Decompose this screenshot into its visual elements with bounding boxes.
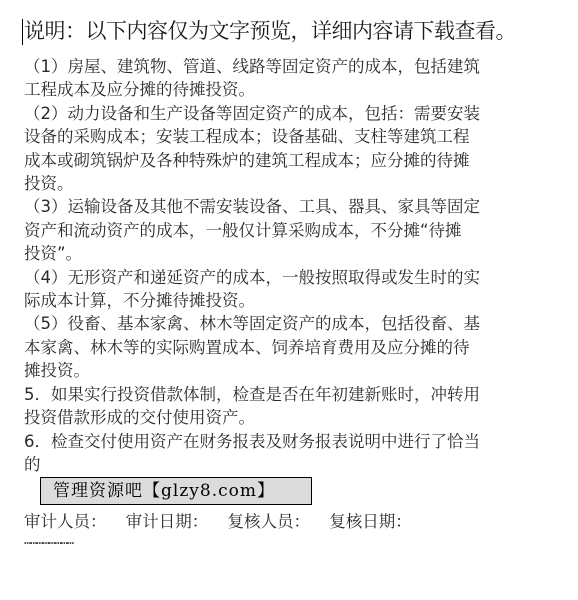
text-line: 摊投资。	[24, 359, 554, 382]
text-line: 5．如果实行投资借款体制，检查是否在年初建新账时，冲转用	[24, 383, 554, 406]
document-body: （1）房屋、建筑物、管道、线路等固定资产的成本，包括建筑 工程成本及应分摊的待摊…	[24, 55, 554, 476]
text-line: 的	[24, 453, 554, 476]
text-line: 资产和流动资产的成本，一般仅计算采购成本，不分摊“待摊	[24, 219, 554, 242]
preview-notice: 说明：以下内容仅为文字预览，详细内容请下载查看。	[24, 16, 516, 46]
watermark-banner: 管理资源吧【glzy8.com】	[40, 477, 312, 505]
text-line: （3）运输设备及其他不需安装设备、工具、器具、家具等固定	[24, 195, 554, 218]
text-line: （4）无形资产和递延资产的成本，一般按照取得或发生时的实	[24, 266, 554, 289]
paragraph-1: （1）房屋、建筑物、管道、线路等固定资产的成本，包括建筑 工程成本及应分摊的待摊…	[24, 55, 554, 102]
text-line: 设备的采购成本；安装工程成本；设备基础、支柱等建筑工程	[24, 125, 554, 148]
text-line: （2）动力设备和生产设备等固定资产的成本，包括：需要安装	[24, 102, 554, 125]
text-cursor	[22, 19, 23, 45]
text-line: （1）房屋、建筑物、管道、线路等固定资产的成本，包括建筑	[24, 55, 554, 78]
text-line: （5）役畜、基本家禽、林木等固定资产的成本，包括役畜、基	[24, 312, 554, 335]
text-line: 投资。	[24, 172, 554, 195]
paragraph-3: （3）运输设备及其他不需安装设备、工具、器具、家具等固定 资产和流动资产的成本，…	[24, 195, 554, 265]
text-line: 投资借款形成的交付使用资产。	[24, 406, 554, 429]
paragraph-5: （5）役畜、基本家禽、林木等固定资产的成本，包括役畜、基 本家禽、林木等的实际购…	[24, 312, 554, 382]
audit-date-label: 审计日期：	[126, 512, 209, 531]
paragraph-4: （4）无形资产和递延资产的成本，一般按照取得或发生时的实 际成本计算，不分摊待摊…	[24, 266, 554, 313]
paragraph-item-5: 5．如果实行投资借款体制，检查是否在年初建新账时，冲转用 投资借款形成的交付使用…	[24, 383, 554, 430]
text-line: 投资”。	[24, 242, 554, 265]
auditor-label: 审计人员：	[24, 512, 107, 531]
text-line: 工程成本及应分摊的待摊投资。	[24, 78, 554, 101]
paragraph-2: （2）动力设备和生产设备等固定资产的成本，包括：需要安装 设备的采购成本；安装工…	[24, 102, 554, 196]
text-line: 本家禽、林木等的实际购置成本、饲养培育费用及应分摊的待	[24, 336, 554, 359]
reviewer-label: 复核人员：	[228, 512, 311, 531]
text-line: 成本或砌筑锅炉及各种特殊炉的建筑工程成本；应分摊的待摊	[24, 149, 554, 172]
signoff-row: 审计人员： 审计日期： 复核人员： 复核日期：	[24, 510, 426, 533]
text-line: 6．检查交付使用资产在财务报表及财务报表说明中进行了恰当	[24, 430, 554, 453]
paragraph-item-6: 6．检查交付使用资产在财务报表及财务报表说明中进行了恰当 的	[24, 430, 554, 477]
ellipsis-dots: ……………………	[24, 533, 73, 547]
text-line: 际成本计算，不分摊待摊投资。	[24, 289, 554, 312]
review-date-label: 复核日期：	[329, 512, 412, 531]
